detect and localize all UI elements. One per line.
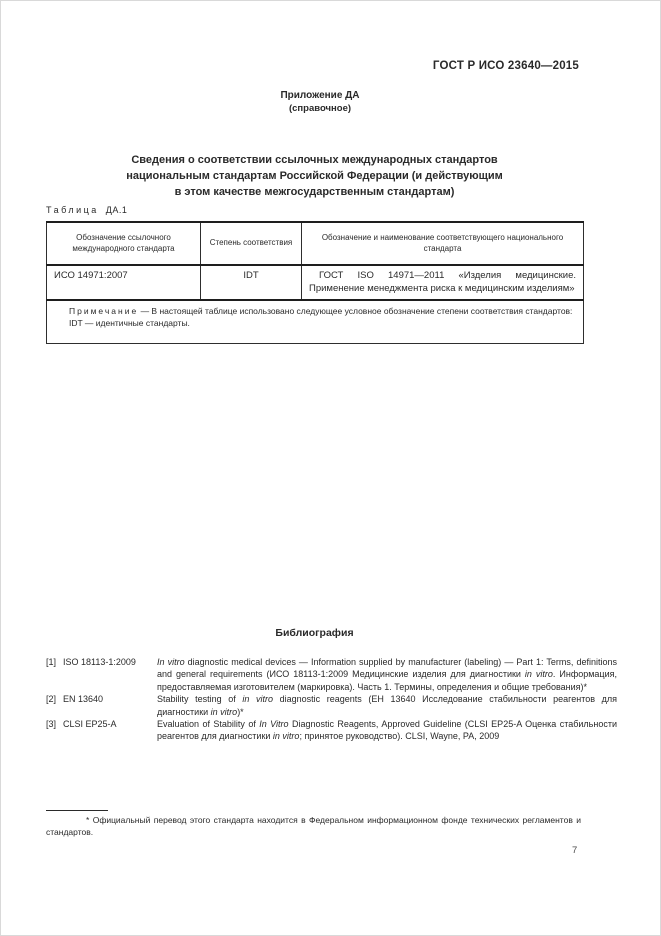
cell-degree: IDT [201,265,302,300]
entry-number: [2] [46,693,63,705]
table-note-text: — В настоящей таблице использовано следу… [138,306,572,316]
entry-number: [3] [46,718,63,730]
section-heading-line: в этом качестве межгосударственным станд… [46,184,583,200]
running-header: ГОСТ Р ИСО 23640—2015 [433,60,579,72]
bibliography-entry: [3] CLSI EP25-A Evaluation of Stability … [46,718,617,743]
table-note-line2: IDT — идентичные стандарты. [56,317,574,329]
annex-title: Приложение ДА [0,90,640,101]
entry-text: Stability testing of in vitro diagnostic… [157,693,617,718]
footnote-text: * Официальный перевод этого стандарта на… [46,814,581,838]
table-row: ИСО 14971:2007 IDT ГОСТ ISO 14971—2011 «… [47,265,584,300]
bibliography-list: [1] ISO 18113-1:2009 In vitro diagnostic… [46,656,617,743]
entry-number: [1] [46,656,63,668]
section-heading-line: национальным стандартам Российской Федер… [46,168,583,184]
column-header-degree: Степень соответствия [201,222,302,265]
bibliography-entry: [2] EN 13640 Stability testing of in vit… [46,693,617,718]
section-heading: Сведения о соответствии ссылочных междун… [46,152,583,200]
entry-text: Evaluation of Stability of In Vitro Diag… [157,718,617,743]
table-caption-label: Таблица [46,205,99,215]
page-number: 7 [572,845,577,856]
bibliography-entry: [1] ISO 18113-1:2009 In vitro diagnostic… [46,656,617,693]
entry-text: In vitro diagnostic medical devices — In… [157,656,617,693]
table-note-row: Примечание — В настоящей таблице использ… [47,300,584,344]
cell-national-standard: ГОСТ ISO 14971—2011 «Изделия медицинские… [302,265,584,300]
entry-reference: CLSI EP25-A [63,718,157,730]
entry-reference: ISO 18113-1:2009 [63,656,157,668]
column-header-national-standard: Обозначение и наименование соответствующ… [302,222,584,265]
footnote-rule [46,810,108,811]
table-note-paragraph: Примечание — В настоящей таблице использ… [56,305,574,317]
table-note-label: Примечание [69,306,138,316]
table-caption-id: ДА.1 [106,205,128,215]
document-page: ГОСТ Р ИСО 23640—2015 Приложение ДА (спр… [0,0,661,936]
table-note: Примечание — В настоящей таблице использ… [47,300,584,344]
annex-subtitle: (справочное) [0,103,640,114]
bibliography-title: Библиография [46,627,583,639]
section-heading-line: Сведения о соответствии ссылочных междун… [46,152,583,168]
column-header-reference-standard: Обозначение ссылочного международного ст… [47,222,201,265]
cell-reference-standard: ИСО 14971:2007 [47,265,201,300]
entry-reference: EN 13640 [63,693,157,705]
correspondence-table: Обозначение ссылочного международного ст… [46,221,584,344]
table-header-row: Обозначение ссылочного международного ст… [47,222,584,265]
table-caption: ТаблицаДА.1 [46,205,127,215]
